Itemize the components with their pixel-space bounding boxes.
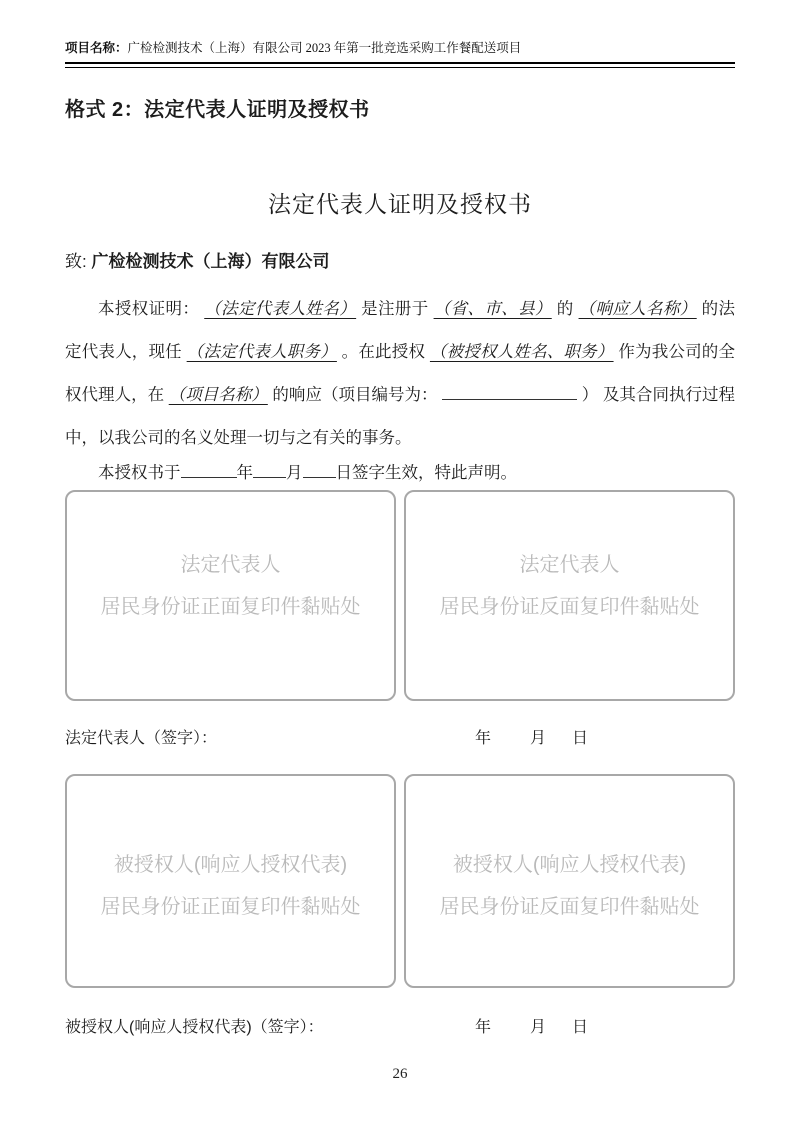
page-number: 26 — [0, 1066, 800, 1083]
salutation-company: 广检检测技术（上海）有限公司 — [91, 252, 329, 271]
paste-box-line1: 法定代表人 — [440, 551, 700, 579]
signature-month-label: 月 — [530, 1017, 546, 1039]
legal-rep-signature-row: 法定代表人（签字）： 年 月 日 — [65, 728, 735, 750]
header-project-name: 广检检测技术（上海）有限公司 2023 年第一批竞选采购工作餐配送项目 — [128, 41, 522, 55]
authorized-person-id-back-paste-box: 被授权人(响应人授权代表) 居民身份证反面复印件黏贴处 — [404, 774, 735, 988]
authorized-person-id-box-row: 被授权人(响应人授权代表) 居民身份证正面复印件黏贴处 被授权人(响应人授权代表… — [65, 774, 735, 988]
paste-box-line2: 居民身份证正面复印件黏贴处 — [101, 593, 361, 621]
fill-in-authorized-person: （被授权人姓名、职务） — [430, 343, 614, 361]
paste-box-line2: 居民身份证反面复印件黏贴处 — [440, 593, 700, 621]
paste-box-line1: 被授权人(响应人授权代表) — [440, 851, 700, 879]
fill-in-project-name: （项目名称） — [169, 386, 268, 404]
page-header: 项目名称：广检检测技术（上海）有限公司 2023 年第一批竞选采购工作餐配送项目 — [65, 40, 735, 57]
document-page: 项目名称：广检检测技术（上海）有限公司 2023 年第一批竞选采购工作餐配送项目… — [0, 0, 800, 1131]
salutation-prefix: 致: — [65, 252, 91, 271]
paragraph-segment: 的响应（项目编号为： — [268, 386, 442, 404]
salutation-line: 致: 广检检测技术（上海）有限公司 — [65, 250, 735, 274]
page-content: 项目名称：广检检测技术（上海）有限公司 2023 年第一批竞选采购工作餐配送项目… — [0, 40, 800, 1039]
legal-rep-signature-label: 法定代表人（签字）： — [65, 730, 217, 747]
signature-year-label: 年 — [475, 728, 491, 750]
paste-box-placeholder: 被授权人(响应人授权代表) 居民身份证正面复印件黏贴处 — [101, 851, 361, 921]
fill-in-legal-rep-name: （法定代表人姓名） — [204, 300, 356, 318]
legal-rep-id-back-paste-box: 法定代表人 居民身份证反面复印件黏贴处 — [404, 490, 735, 701]
project-number-blank — [442, 383, 577, 401]
signature-day-label: 日 — [572, 728, 588, 750]
paste-box-line2: 居民身份证反面复印件黏贴处 — [440, 893, 700, 921]
fill-in-respondent-name: （响应人名称） — [579, 300, 697, 318]
authorized-person-id-front-paste-box: 被授权人(响应人授权代表) 居民身份证正面复印件黏贴处 — [65, 774, 396, 988]
paragraph-segment: 本授权证明： — [98, 300, 204, 318]
month-blank — [253, 461, 286, 479]
signature-month-label: 月 — [530, 728, 546, 750]
paragraph-segment: 。在此授权 — [337, 343, 430, 361]
day-blank — [303, 461, 336, 479]
paste-box-line1: 法定代表人 — [101, 551, 361, 579]
declaration-tail: 日签字生效，特此声明。 — [336, 464, 518, 482]
year-blank — [181, 461, 237, 479]
document-title: 法定代表人证明及授权书 — [65, 188, 735, 220]
fill-in-legal-rep-position: （法定代表人职务） — [187, 343, 337, 361]
declaration-line: 本授权书于年月日签字生效，特此声明。 — [65, 460, 735, 486]
authorized-person-signature-label: 被授权人(响应人授权代表)（签字）： — [65, 1019, 324, 1036]
paste-box-line1: 被授权人(响应人授权代表) — [101, 851, 361, 879]
legal-rep-id-front-paste-box: 法定代表人 居民身份证正面复印件黏贴处 — [65, 490, 396, 701]
legal-rep-id-box-row: 法定代表人 居民身份证正面复印件黏贴处 法定代表人 居民身份证反面复印件黏贴处 — [65, 490, 735, 701]
paste-box-placeholder: 法定代表人 居民身份证正面复印件黏贴处 — [101, 551, 361, 621]
paragraph-segment: 是注册于 — [356, 300, 433, 318]
year-label: 年 — [237, 464, 254, 482]
declaration-text: 本授权书于 — [98, 464, 181, 482]
paragraph-segment: 的 — [552, 300, 579, 318]
section-heading: 格式 2：法定代表人证明及授权书 — [65, 96, 735, 124]
authorization-paragraph: 本授权证明： （法定代表人姓名） 是注册于 （省、市、县） 的 （响应人名称） … — [65, 288, 735, 460]
month-label: 月 — [286, 464, 303, 482]
signature-year-label: 年 — [475, 1017, 491, 1039]
header-project-label: 项目名称： — [65, 41, 128, 55]
paste-box-placeholder: 被授权人(响应人授权代表) 居民身份证反面复印件黏贴处 — [440, 851, 700, 921]
authorized-person-signature-row: 被授权人(响应人授权代表)（签字）： 年 月 日 — [65, 1017, 735, 1039]
header-divider — [65, 62, 735, 68]
paste-box-placeholder: 法定代表人 居民身份证反面复印件黏贴处 — [440, 551, 700, 621]
paste-box-line2: 居民身份证正面复印件黏贴处 — [101, 893, 361, 921]
signature-day-label: 日 — [572, 1017, 588, 1039]
fill-in-province-city-county: （省、市、县） — [434, 300, 552, 318]
